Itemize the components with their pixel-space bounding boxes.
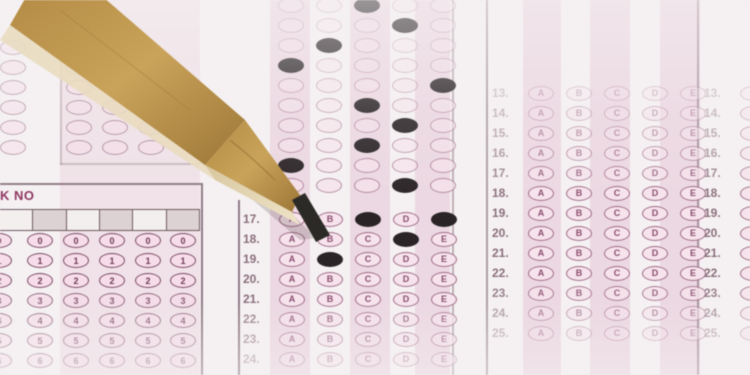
answer-row [278, 115, 468, 135]
choice-a[interactable] [740, 266, 750, 281]
far-right-column-questions: 13. 14. 15. 16. 17. 18. 19. 20. 21. 22. … [704, 83, 750, 375]
question-number: 14. [492, 106, 528, 120]
choice-a[interactable] [740, 86, 750, 101]
question-row-17: 17. A B C D E [243, 209, 469, 229]
choice-a[interactable]: A [528, 206, 554, 221]
question-number: 18. [492, 186, 528, 200]
choice-c[interactable]: C [604, 86, 630, 101]
question-number: 20. [704, 226, 740, 240]
roll-bubble[interactable]: 2 [63, 273, 89, 288]
choice-a[interactable]: A [528, 286, 554, 301]
choice-b[interactable]: B [566, 186, 592, 201]
answer-bubble[interactable] [66, 80, 92, 95]
choice-e[interactable]: E [431, 292, 457, 307]
top-middle-bubble-block [66, 60, 164, 160]
choice-b[interactable]: B [566, 226, 592, 241]
choice-d[interactable]: D [642, 266, 668, 281]
choice-c[interactable]: C [604, 186, 630, 201]
choice-a[interactable]: A [528, 106, 554, 121]
roll-section-border [201, 183, 203, 375]
choice-d[interactable]: D [393, 292, 419, 307]
question-number: 21. [492, 246, 528, 260]
question-row: 13.ABCDE [492, 83, 718, 103]
answer-bubble[interactable] [0, 140, 26, 155]
answer-row [278, 155, 468, 175]
choice-b[interactable]: B [317, 292, 343, 307]
question-row: 14. [704, 103, 750, 123]
filled-mark [392, 178, 418, 193]
answer-sheet-photo: K NO 0 1 2 3 4 5 6 0 1 [0, 0, 750, 375]
choice-b[interactable]: B [317, 332, 343, 347]
answer-row [278, 175, 468, 195]
filled-mark [278, 58, 304, 73]
question-row: 22. [704, 263, 750, 283]
choice-e[interactable]: E [680, 186, 706, 201]
choice-d[interactable]: D [642, 246, 668, 261]
question-number: 21. [243, 292, 279, 306]
answer-bubble[interactable] [0, 80, 26, 95]
question-number: 15. [492, 126, 528, 140]
choice-c[interactable]: C [355, 272, 381, 287]
choice-c[interactable]: C [604, 126, 630, 141]
answer-row [278, 35, 468, 55]
choice-d[interactable]: D [642, 226, 668, 241]
roll-bubble[interactable]: 3 [0, 293, 12, 308]
question-row: 18.ABCDE [492, 183, 718, 203]
choice-d[interactable]: D [393, 272, 419, 287]
choice-a[interactable]: A [279, 332, 305, 347]
roll-bubble[interactable]: 2 [135, 273, 161, 288]
question-number: 17. [243, 212, 279, 226]
choice-e[interactable]: E [680, 86, 706, 101]
question-number: 24. [704, 306, 740, 320]
roll-bubble[interactable]: 1 [170, 253, 196, 268]
choice-c[interactable]: C [604, 326, 630, 341]
choice-a[interactable]: A [528, 246, 554, 261]
question-row: 17.ABCDE [492, 163, 718, 183]
choice-a[interactable]: A [528, 86, 554, 101]
answer-bubble[interactable] [102, 140, 128, 155]
question-row: 19.ABCDE [492, 203, 718, 223]
choice-b[interactable]: B [566, 286, 592, 301]
choice-d[interactable]: D [642, 306, 668, 321]
column-divider [486, 0, 488, 375]
question-number: 21. [704, 246, 740, 260]
roll-bubble[interactable]: 5 [170, 333, 196, 348]
roll-bubble[interactable]: 3 [135, 293, 161, 308]
roll-number-label: K NO [0, 188, 35, 203]
choice-c[interactable]: C [604, 146, 630, 161]
filled-mark [354, 0, 380, 13]
choice-a[interactable]: A [279, 232, 305, 247]
choice-c[interactable]: C [355, 232, 381, 247]
choice-e[interactable]: E [680, 126, 706, 141]
choice-c[interactable]: C [355, 292, 381, 307]
choice-d[interactable]: D [642, 206, 668, 221]
choice-b[interactable]: B [566, 166, 592, 181]
roll-digit-box[interactable] [100, 210, 133, 230]
block-border [60, 163, 210, 165]
question-number: 19. [243, 252, 279, 266]
choice-a[interactable]: A [528, 306, 554, 321]
choice-b[interactable]: B [566, 146, 592, 161]
roll-bubble[interactable]: 3 [63, 293, 89, 308]
choice-e[interactable]: E [680, 266, 706, 281]
question-row: 25.ABCDE [492, 323, 718, 343]
choice-c[interactable]: C [604, 166, 630, 181]
question-number: 22. [492, 266, 528, 280]
roll-digit-box[interactable] [167, 210, 200, 230]
choice-a[interactable]: A [528, 186, 554, 201]
question-number: 23. [243, 332, 279, 346]
choice-d[interactable]: D [642, 146, 668, 161]
choice-c[interactable]: C [604, 226, 630, 241]
choice-d[interactable]: D [642, 166, 668, 181]
roll-digit-column: 0 1 2 3 4 5 6 [27, 233, 53, 373]
choice-c[interactable]: C [604, 206, 630, 221]
roll-bubble[interactable]: 0 [63, 233, 89, 248]
roll-bubble[interactable]: 4 [99, 313, 125, 328]
question-row: 21.ABCDE [492, 243, 718, 263]
choice-b[interactable]: B [566, 106, 592, 121]
roll-bubble[interactable]: 6 [0, 353, 12, 368]
filled-mark [316, 38, 342, 53]
roll-bubble[interactable]: 4 [27, 313, 53, 328]
choice-a[interactable] [740, 166, 750, 181]
question-number: 25. [704, 326, 740, 340]
answer-row [278, 95, 468, 115]
choice-a[interactable] [740, 126, 750, 141]
answer-bubble[interactable] [138, 60, 164, 75]
answer-row [278, 0, 468, 15]
choice-b[interactable]: B [566, 206, 592, 221]
roll-bubble[interactable]: 5 [135, 333, 161, 348]
choice-e[interactable]: E [680, 146, 706, 161]
question-number: 24. [492, 306, 528, 320]
question-row: 13. [704, 83, 750, 103]
choice-c[interactable]: C [604, 306, 630, 321]
roll-digit-box[interactable] [67, 210, 100, 230]
question-row: 24. [704, 303, 750, 323]
choice-c[interactable]: C [355, 352, 381, 367]
roll-digit-column: 0 1 2 3 4 5 6 [0, 233, 12, 373]
choice-d[interactable]: D [393, 312, 419, 327]
question-number: 20. [492, 226, 528, 240]
choice-c[interactable]: C [355, 312, 381, 327]
choice-a[interactable]: A [279, 252, 305, 267]
roll-bubble[interactable]: 5 [63, 333, 89, 348]
question-row: 23. [704, 283, 750, 303]
roll-bubble[interactable]: 0 [170, 233, 196, 248]
question-number: 14. [704, 106, 740, 120]
question-number: 15. [704, 126, 740, 140]
choice-b[interactable]: B [566, 126, 592, 141]
choice-b[interactable]: B [317, 232, 343, 247]
answer-bubble[interactable] [138, 100, 164, 115]
choice-a[interactable]: A [279, 312, 305, 327]
answer-bubble[interactable] [66, 140, 92, 155]
question-row-20: 20. A B C D E [243, 269, 469, 289]
question-number: 25. [492, 326, 528, 340]
choice-a[interactable]: A [279, 272, 305, 287]
right-column-questions: 13.ABCDE 14.ABCDE 15.ABCDE 16.ABCDE 17.A… [492, 83, 702, 375]
choice-a[interactable]: A [279, 292, 305, 307]
question-number: 23. [492, 286, 528, 300]
question-row: 24.ABCDE [492, 303, 718, 323]
roll-bubble[interactable]: 2 [0, 273, 12, 288]
answer-bubble[interactable] [0, 100, 26, 115]
roll-bubble[interactable]: 4 [63, 313, 89, 328]
choice-e[interactable]: E [431, 352, 457, 367]
choice-a[interactable] [740, 246, 750, 261]
roll-bubble[interactable]: 3 [27, 293, 53, 308]
question-row-23: 23. A B C D E [243, 329, 469, 349]
choice-a[interactable] [740, 286, 750, 301]
answer-bubble[interactable] [66, 120, 92, 135]
filled-mark [430, 78, 456, 93]
middle-column-questions: 17. A B C D E 18. A B C D E 19. A B C D [243, 200, 453, 375]
answer-sheet: K NO 0 1 2 3 4 5 6 0 1 [0, 0, 750, 375]
choice-c[interactable]: C [604, 106, 630, 121]
choice-b[interactable]: B [317, 212, 343, 227]
roll-bubble[interactable]: 1 [135, 253, 161, 268]
choice-c[interactable]: C [355, 332, 381, 347]
block-border [60, 60, 62, 165]
question-row: 22.ABCDE [492, 263, 718, 283]
choice-a[interactable] [740, 306, 750, 321]
roll-bubble[interactable]: 2 [99, 273, 125, 288]
answer-row [278, 75, 468, 95]
question-row: 16.ABCDE [492, 143, 718, 163]
choice-e[interactable]: E [680, 166, 706, 181]
choice-d[interactable]: D [393, 252, 419, 267]
answer-bubble[interactable] [0, 60, 26, 75]
roll-number-section: K NO 0 1 2 3 4 5 6 0 1 [0, 183, 204, 375]
roll-bubble[interactable]: 5 [27, 333, 53, 348]
question-number: 19. [704, 206, 740, 220]
choice-a[interactable]: A [528, 126, 554, 141]
choice-d[interactable]: D [393, 212, 419, 227]
filled-mark [354, 138, 380, 153]
roll-bubble[interactable]: 6 [170, 353, 196, 368]
choice-a[interactable]: A [279, 352, 305, 367]
choice-e[interactable]: E [431, 332, 457, 347]
roll-bubble[interactable]: 6 [135, 353, 161, 368]
roll-section-border [0, 183, 203, 185]
roll-bubble[interactable]: 5 [0, 333, 12, 348]
choice-b[interactable]: B [317, 312, 343, 327]
roll-bubble[interactable]: 1 [99, 253, 125, 268]
roll-bubble[interactable]: 5 [99, 333, 125, 348]
roll-bubble[interactable]: 1 [0, 253, 12, 268]
choice-b[interactable]: B [566, 326, 592, 341]
choice-b[interactable]: B [566, 86, 592, 101]
roll-bubble[interactable]: 6 [63, 353, 89, 368]
choice-c[interactable]: C [604, 286, 630, 301]
choice-e[interactable]: E [680, 246, 706, 261]
question-number: 17. [704, 166, 740, 180]
roll-digit-box[interactable] [133, 210, 166, 230]
answer-bubble[interactable] [0, 120, 26, 135]
choice-e[interactable]: E [431, 272, 457, 287]
choice-d[interactable]: D [642, 106, 668, 121]
roll-digit-box[interactable] [33, 210, 66, 230]
question-number: 22. [243, 312, 279, 326]
choice-d[interactable]: D [393, 352, 419, 367]
question-row: 23.ABCDE [492, 283, 718, 303]
question-row: 17. [704, 163, 750, 183]
choice-e[interactable]: E [680, 206, 706, 221]
choice-a[interactable] [740, 326, 750, 341]
roll-digit-column: 0 1 2 3 4 5 6 [135, 233, 161, 373]
question-number: 20. [243, 272, 279, 286]
answer-row [278, 15, 468, 35]
choice-e[interactable]: E [431, 212, 457, 227]
answer-row [278, 135, 468, 155]
top-left-bubble-block [0, 40, 28, 160]
answer-bubble[interactable] [66, 60, 92, 75]
question-number: 24. [243, 352, 279, 366]
answer-bubble[interactable] [102, 60, 128, 75]
roll-bubble[interactable]: 0 [99, 233, 125, 248]
question-row: 25. [704, 323, 750, 343]
roll-bubble[interactable]: 1 [63, 253, 89, 268]
choice-a[interactable]: A [528, 226, 554, 241]
answer-bubble[interactable] [138, 80, 164, 95]
question-row: 15.ABCDE [492, 123, 718, 143]
answer-bubble[interactable] [138, 140, 164, 155]
question-row-22: 22. A B C D E [243, 309, 469, 329]
choice-a[interactable] [740, 106, 750, 121]
choice-b[interactable]: B [317, 252, 343, 267]
roll-digit-column: 0 1 2 3 4 5 6 [63, 233, 89, 373]
roll-number-boxes [0, 209, 200, 231]
roll-bubble[interactable]: 3 [170, 293, 196, 308]
choice-e[interactable]: E [680, 306, 706, 321]
roll-digit-column: 0 1 2 3 4 5 6 [170, 233, 196, 373]
question-number: 13. [704, 86, 740, 100]
roll-bubble[interactable]: 4 [0, 313, 12, 328]
filled-mark [278, 158, 304, 173]
question-row: 20. [704, 223, 750, 243]
choice-b[interactable]: B [317, 352, 343, 367]
question-number: 23. [704, 286, 740, 300]
choice-d[interactable]: D [642, 326, 668, 341]
roll-bubble[interactable]: 2 [170, 273, 196, 288]
question-row: 20.ABCDE [492, 223, 718, 243]
question-row-24: 24. A B C D E [243, 349, 469, 369]
choice-c[interactable]: C [355, 252, 381, 267]
choice-e[interactable]: E [431, 232, 457, 247]
roll-bubble[interactable]: 1 [27, 253, 53, 268]
choice-d[interactable]: D [642, 126, 668, 141]
filled-mark [392, 118, 418, 133]
answer-bubble[interactable] [102, 80, 128, 95]
answer-bubble[interactable] [0, 40, 26, 55]
filled-mark [354, 98, 380, 113]
question-number: 22. [704, 266, 740, 280]
roll-bubble[interactable]: 4 [135, 313, 161, 328]
question-number: 16. [704, 146, 740, 160]
roll-bubble[interactable]: 6 [99, 353, 125, 368]
choice-c[interactable]: C [355, 212, 381, 227]
roll-bubble[interactable]: 0 [0, 233, 12, 248]
question-number: 18. [243, 232, 279, 246]
roll-bubble[interactable]: 2 [27, 273, 53, 288]
question-row: 16. [704, 143, 750, 163]
question-number: 19. [492, 206, 528, 220]
choice-e[interactable]: E [680, 326, 706, 341]
column-divider [238, 200, 240, 375]
choice-b[interactable]: B [317, 272, 343, 287]
answer-bubble[interactable] [138, 120, 164, 135]
question-row: 18. [704, 183, 750, 203]
choice-a[interactable] [740, 186, 750, 201]
roll-digit-box[interactable] [0, 210, 33, 230]
question-row: 19. [704, 203, 750, 223]
choice-a[interactable]: A [528, 146, 554, 161]
answer-bubble[interactable] [102, 120, 128, 135]
choice-a[interactable]: A [528, 326, 554, 341]
choice-b[interactable]: B [566, 246, 592, 261]
question-row: 14.ABCDE [492, 103, 718, 123]
question-number: 17. [492, 166, 528, 180]
question-row: 21. [704, 243, 750, 263]
roll-digit-column: 0 1 2 3 4 5 6 [99, 233, 125, 373]
roll-bubble[interactable]: 6 [27, 353, 53, 368]
roll-bubble[interactable]: 0 [27, 233, 53, 248]
middle-column-upper [240, 0, 450, 195]
choice-c[interactable]: C [604, 246, 630, 261]
question-number: 16. [492, 146, 528, 160]
answer-bubble[interactable] [66, 100, 92, 115]
choice-a[interactable]: A [528, 166, 554, 181]
choice-d[interactable]: D [642, 86, 668, 101]
choice-a[interactable]: A [279, 212, 305, 227]
choice-b[interactable]: B [566, 306, 592, 321]
choice-e[interactable]: E [431, 312, 457, 327]
choice-d[interactable]: D [642, 286, 668, 301]
choice-e[interactable]: E [680, 226, 706, 241]
filled-mark [392, 18, 418, 33]
question-row-19: 19. A B C D E [243, 249, 469, 269]
question-row-18: 18. A B C D E [243, 229, 469, 249]
roll-bubble[interactable]: 0 [135, 233, 161, 248]
choice-e[interactable]: E [680, 286, 706, 301]
answer-row [278, 55, 468, 75]
question-row: 15. [704, 123, 750, 143]
choice-d[interactable]: D [393, 332, 419, 347]
choice-d[interactable]: D [642, 186, 668, 201]
question-number: 13. [492, 86, 528, 100]
choice-e[interactable]: E [431, 252, 457, 267]
question-number: 18. [704, 186, 740, 200]
answer-bubble[interactable] [102, 100, 128, 115]
roll-bubble[interactable]: 4 [170, 313, 196, 328]
choice-b[interactable]: B [566, 266, 592, 281]
choice-e[interactable]: E [680, 106, 706, 121]
roll-bubble[interactable]: 3 [99, 293, 125, 308]
choice-d[interactable]: D [393, 232, 419, 247]
choice-a[interactable] [740, 206, 750, 221]
choice-a[interactable]: A [528, 266, 554, 281]
choice-a[interactable] [740, 146, 750, 161]
question-row-21: 21. A B C D E [243, 289, 469, 309]
choice-a[interactable] [740, 226, 750, 241]
choice-c[interactable]: C [604, 266, 630, 281]
